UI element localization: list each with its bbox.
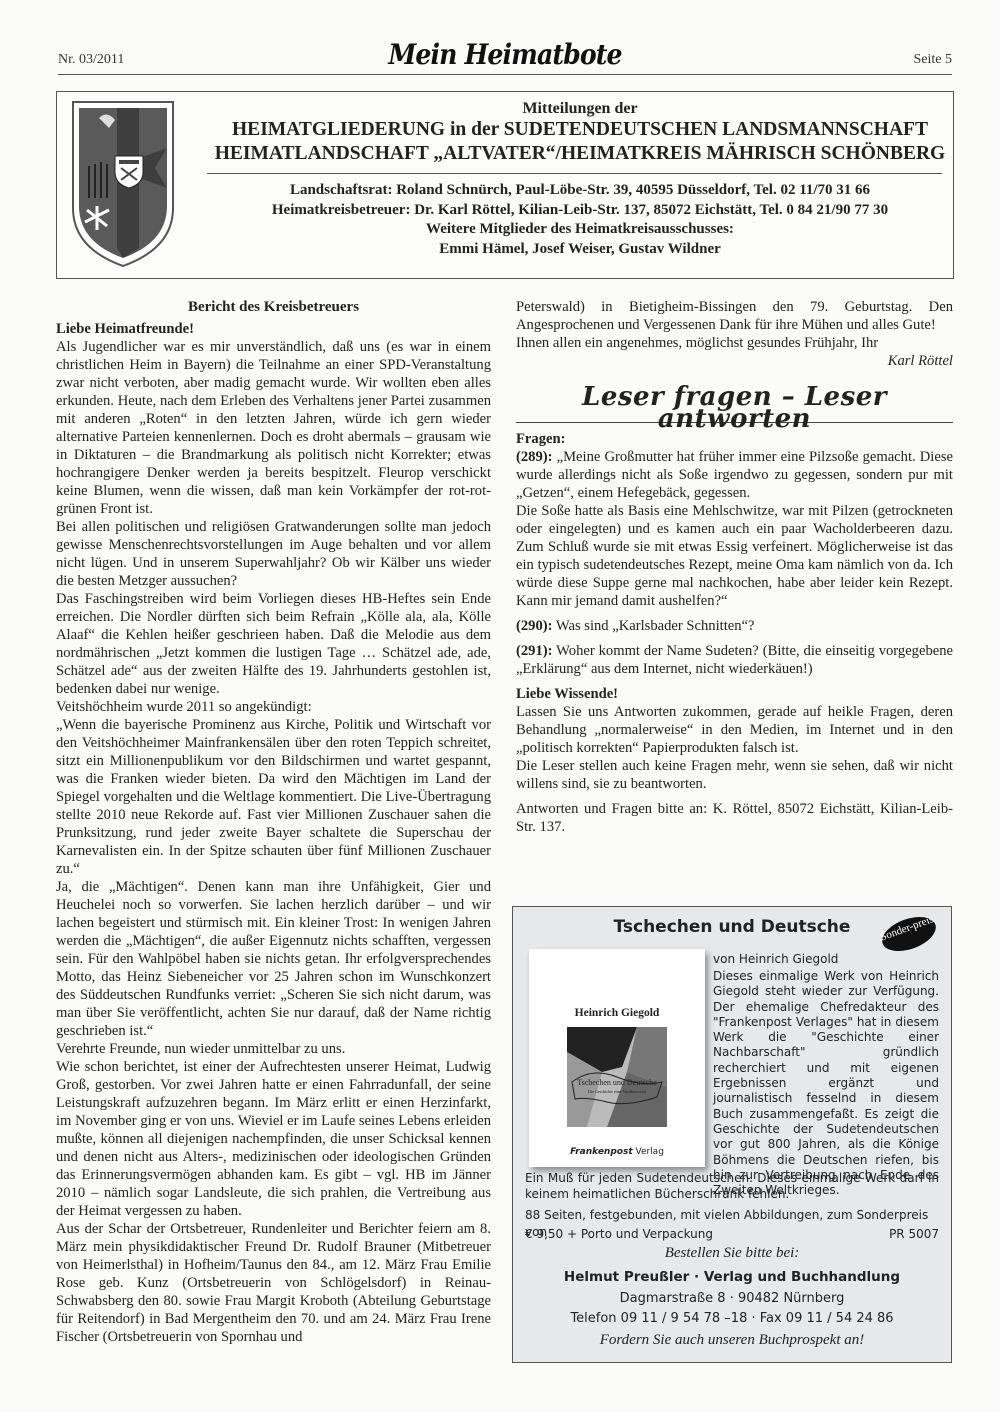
ad-product-code: PR 5007 (889, 1227, 939, 1241)
question-290: (290): Was sind „Karlsbader Schnitten“? (516, 617, 953, 635)
coat-of-arms-icon (69, 98, 177, 270)
book-advertisement: Tschechen und Deutsche Sonder-preis Hein… (512, 906, 952, 1363)
report-quote: „Wenn die bayerische Prominenz aus Kirch… (56, 716, 491, 878)
answers-text: Lassen Sie uns Antworten zukommen, gerad… (516, 703, 953, 757)
svg-text:Die Geschichte einer Nachbarsc: Die Geschichte einer Nachbarschaft (588, 1089, 647, 1094)
report-paragraph: Veitshöchheim wurde 2011 so angekündigt: (56, 698, 491, 716)
question-289: (289): „Meine Großmutter hat früher imme… (516, 448, 953, 502)
question-289-cont: Die Soße hatte als Basis eine Mehlschwit… (516, 502, 953, 610)
ad-prospekt-note: Fordern Sie auch unseren Buchprospekt an… (513, 1332, 951, 1349)
answers-greeting: Liebe Wissende! (516, 685, 953, 703)
report-greeting: Liebe Heimatfreunde! (56, 320, 491, 338)
ad-order-label: Bestellen Sie bitte bei: (513, 1245, 951, 1262)
readers-section-title: Leser fragen – Leser antworten (516, 392, 953, 423)
report-paragraph: Aus der Schar der Ortsbetreuer, Rundenle… (56, 1220, 491, 1346)
report-paragraph: Ja, die „Mächtigen“. Denen kann man ihre… (56, 878, 491, 1040)
members-label: Weitere Mitglieder des Heimatkreisaussch… (207, 220, 953, 240)
ad-byline: von Heinrich Giegold (713, 952, 838, 966)
ad-vendor-address: Dagmarstraße 8 · 90482 Nürnberg (513, 1291, 951, 1306)
report-signature: Karl Röttel (516, 352, 953, 370)
ad-price: € 9,50 + Porto und Verpackung (525, 1227, 713, 1241)
book-cover-author: Heinrich Giegold (529, 1007, 705, 1019)
banner-divider (207, 173, 942, 174)
masthead-logo: Mein Heimatbote (103, 38, 908, 71)
landschaftsrat-line: Landschaftsrat: Roland Schnürch, Paul-Lö… (207, 181, 953, 201)
page-header: Nr. 03/2011 Mein Heimatbote Seite 5 (58, 38, 952, 75)
report-paragraph: Das Faschingstreiben wird beim Vorliegen… (56, 590, 491, 698)
book-cover-publisher: Frankenpost Verlag (529, 1147, 705, 1157)
organization-banner: Mitteilungen der HEIMATGLIEDERUNG in der… (56, 91, 954, 279)
report-paragraph: Wie schon berichtet, ist einer der Aufre… (56, 1058, 491, 1220)
page-number: Seite 5 (914, 52, 953, 68)
ad-vendor-phone: Telefon 09 11 / 9 54 78 –18 · Fax 09 11 … (513, 1311, 951, 1326)
book-cover-map-icon: Tschechen und Deutsche Die Geschichte ei… (567, 1027, 667, 1127)
report-paragraph: Bei allen politischen und religiösen Gra… (56, 518, 491, 590)
right-column: Peterswald) in Bietigheim-Bissingen den … (516, 298, 953, 836)
ad-description: Dieses einmalige Werk von Heinrich Giego… (713, 969, 939, 1198)
ad-must-text: Ein Muß für jeden Sudetendeutschen. Dies… (525, 1171, 939, 1202)
report-paragraph: Als Jugendlicher war es mir unverständli… (56, 338, 491, 518)
svg-text:Tschechen und Deutsche: Tschechen und Deutsche (577, 1078, 657, 1087)
report-continuation: Peterswald) in Bietigheim-Bissingen den … (516, 298, 953, 334)
members-list: Emmi Hämel, Josef Weiser, Gustav Wildner (207, 240, 953, 260)
report-column: Bericht des Kreisbetreuers Liebe Heimatf… (56, 298, 491, 1346)
report-closing: Ihnen allen ein angenehmes, möglichst ge… (516, 334, 953, 352)
question-291: (291): Woher kommt der Name Sudeten? (Bi… (516, 642, 953, 678)
banner-title-2: HEIMATLANDSCHAFT „ALTVATER“/HEIMATKREIS … (207, 142, 953, 166)
ad-price-row: € 9,50 + Porto und Verpackung PR 5007 (525, 1227, 939, 1241)
report-paragraph: Verehrte Freunde, nun wieder unmittelbar… (56, 1040, 491, 1058)
book-cover-image: Heinrich Giegold Tschechen und Deutsche … (529, 949, 705, 1167)
banner-intro: Mitteilungen der (207, 100, 953, 118)
ad-vendor-name: Helmut Preußler · Verlag und Buchhandlun… (513, 1269, 951, 1285)
answers-text: Die Leser stellen auch keine Fragen mehr… (516, 757, 953, 793)
report-title: Bericht des Kreisbetreuers (56, 298, 491, 316)
banner-title-1: HEIMATGLIEDERUNG in der SUDETENDEUTSCHEN… (207, 118, 953, 142)
betreuer-line: Heimatkreisbetreuer: Dr. Karl Röttel, Ki… (207, 201, 953, 221)
contact-address: Antworten und Fragen bitte an: K. Röttel… (516, 800, 953, 836)
